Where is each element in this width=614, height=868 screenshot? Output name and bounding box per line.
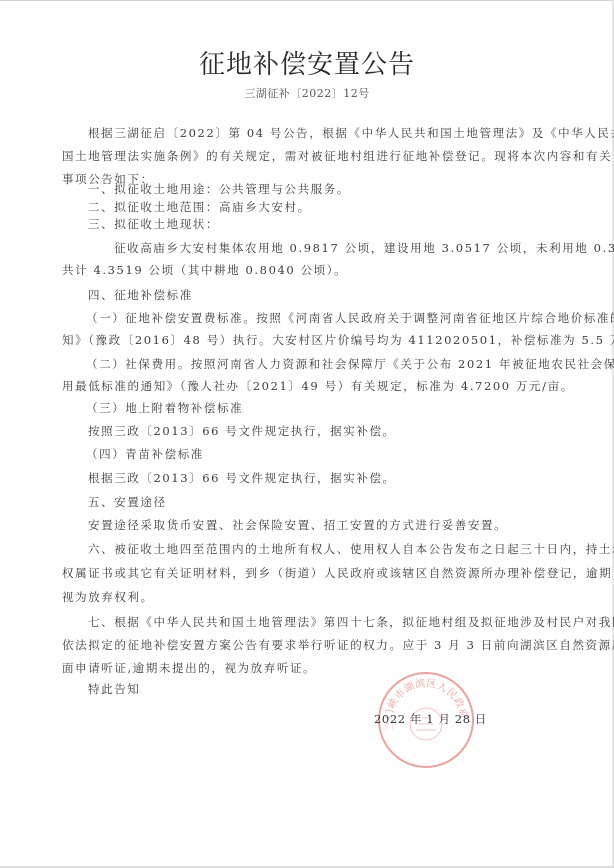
body-line: 权属证书或其它有关证明材料，到乡（街道）人民政府或该辖区自然资源所办理补偿登记，… <box>62 565 612 581</box>
document-date: 2022 年 1 月 28 日 <box>374 711 487 727</box>
body-line: 视为放弃权利。 <box>62 589 154 605</box>
body-line: 国土地管理法实施条例》的有关规定，需对被征地村组进行征地补偿登记。现将本次内容和… <box>62 148 612 164</box>
body-line: 根据三湖征启〔2022〕第 04 号公告，根据《中华人民共和国土地管理法》及《中… <box>88 125 614 141</box>
body-line: 四、征地补偿标准 <box>88 287 193 303</box>
body-line: 安置途径采取货币安置、社会保险安置、招工安置的方式进行妥善安置。 <box>88 517 507 533</box>
body-line: 面申请听证,逾期未提出的，视为放弃听证。 <box>62 660 316 676</box>
page-top-border <box>0 0 614 1</box>
body-line: 按照三政〔2013〕66 号文件规定执行，据实补偿。 <box>88 423 396 439</box>
body-line: （三）地上附着物补偿标准 <box>86 400 243 416</box>
body-line: 共计 4.3519 公顷（其中耕地 0.8040 公顷）。 <box>62 262 347 278</box>
body-line: 特此告知 <box>88 681 140 697</box>
body-line: （一）征地补偿安置费标准。按照《河南省人民政府关于调整河南省征地区片综合地价标准… <box>86 310 614 326</box>
document-title: 征地补偿安置公告 <box>0 44 614 81</box>
body-line: 依法拟定的征地补偿安置方案公告有要求举行听证的权力。应于 3 月 3 日前向湖滨… <box>62 637 614 653</box>
body-line: 知》（豫政〔2016〕48 号）执行。大安村区片价编号均为 4112020501… <box>62 332 614 348</box>
body-line: 七、根据《中华人民共和国土地管理法》第四十七条，拟征地村组及拟征地涉及村民户对我… <box>88 614 614 630</box>
body-line: 用最低标准的通知》（豫人社办〔2021〕49 号）有关规定，标准为 4.7200… <box>62 378 574 394</box>
body-line: 一、拟征收土地用途：公共管理与公共服务。 <box>88 181 350 197</box>
body-line: 根据三政〔2013〕66 号文件规定执行，据实补偿。 <box>88 470 396 486</box>
body-line: 六、被征收土地四至范围内的土地所有权人、使用权人自本公告发布之日起三十日内，持土… <box>88 541 614 557</box>
body-line: 五、安置途径 <box>88 494 167 510</box>
body-line: 征收高庙乡大安村集体农用地 0.9817 公顷，建设用地 3.0517 公顷，未… <box>114 240 614 256</box>
body-line: （二）社保费用。按照河南省人力资源和社会保障厅《关于公布 2021 年被征地农民… <box>86 356 614 372</box>
body-line: （四）青苗补偿标准 <box>86 446 204 462</box>
body-line: 三、拟征收土地现状： <box>88 216 219 232</box>
body-line: 二、拟征收土地范围：高庙乡大安村。 <box>88 199 311 215</box>
document-number: 三湖征补〔2022〕12号 <box>0 85 614 101</box>
document-page: 征地补偿安置公告 三湖征补〔2022〕12号 根据三湖征启〔2022〕第 04 … <box>0 0 614 868</box>
